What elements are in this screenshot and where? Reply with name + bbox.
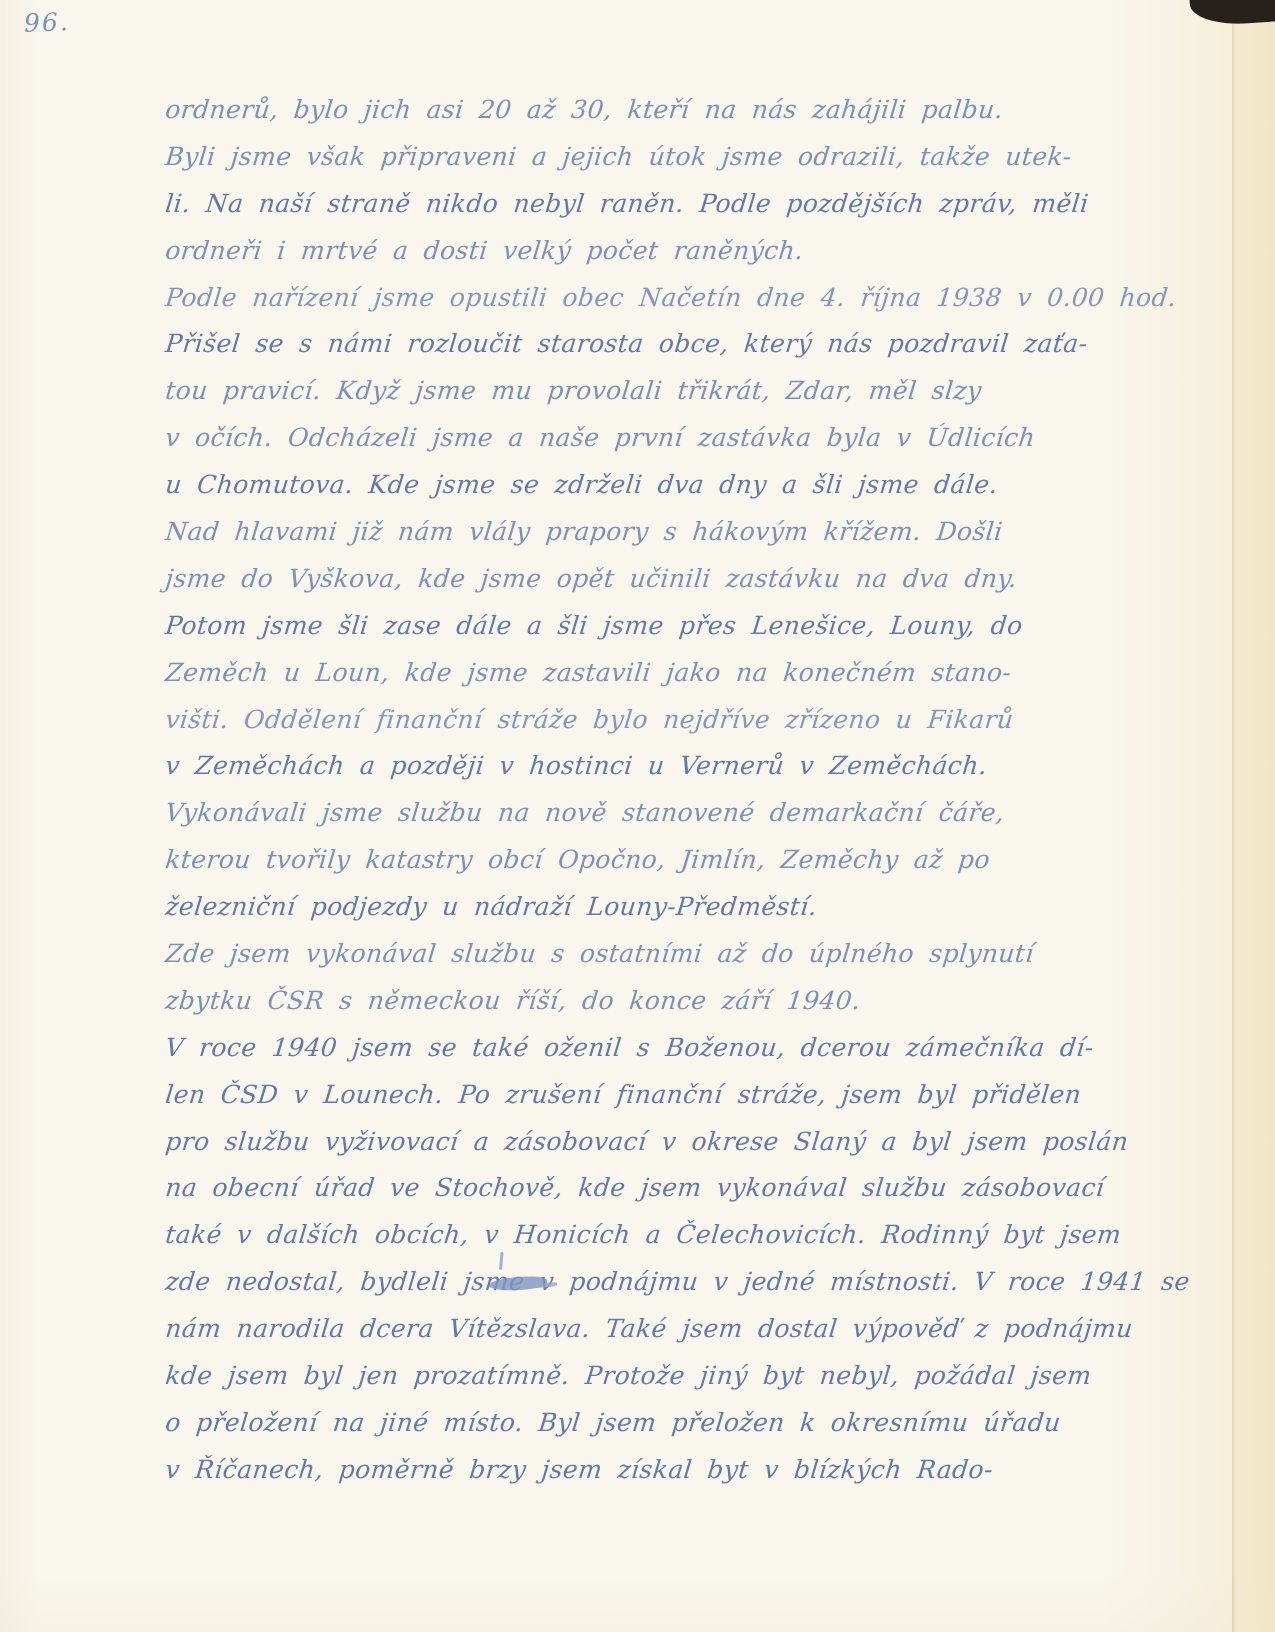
text-line: jsme do Vyškova, kde jsme opět učinili z…	[163, 555, 1153, 602]
text-line: v Zeměchách a později v hostinci u Verne…	[163, 742, 1153, 789]
text-line: ordnerů, bylo jich asi 20 až 30, kteří n…	[163, 86, 1153, 133]
text-line: kterou tvořily katastry obcí Opočno, Jim…	[163, 836, 1153, 883]
text-line: v očích. Odcházeli jsme a naše první zas…	[163, 414, 1153, 461]
text-line: Nad hlavami již nám vlály prapory s háko…	[163, 508, 1153, 555]
text-line: tou pravicí. Když jsme mu provolali třik…	[163, 367, 1153, 414]
text-line: pro službu vyživovací a zásobovací v okr…	[163, 1118, 1153, 1165]
text-line: Podle nařízení jsme opustili obec Načetí…	[163, 274, 1153, 321]
text-line: V roce 1940 jsem se také oženil s Boženo…	[163, 1024, 1153, 1071]
text-line: Přišel se s námi rozloučit starosta obce…	[163, 320, 1153, 367]
text-line: na obecní úřad ve Stochově, kde jsem vyk…	[163, 1164, 1153, 1211]
text-line: o přeložení na jiné místo. Byl jsem přel…	[163, 1399, 1153, 1446]
text-line: li. Na naší straně nikdo nebyl raněn. Po…	[163, 180, 1153, 227]
text-line: ordneři i mrtvé a dosti velký počet raně…	[163, 227, 1153, 274]
text-line: také v dalších obcích, v Honicích a Čele…	[163, 1211, 1153, 1258]
text-line: Zde jsem vykonával službu s ostatními až…	[163, 930, 1153, 977]
handwritten-text-block: ordnerů, bylo jich asi 20 až 30, kteří n…	[163, 86, 1148, 1493]
text-line: u Chomutova. Kde jsme se zdrželi dva dny…	[163, 461, 1153, 508]
text-line: Vykonávali jsme službu na nově stanovené…	[163, 789, 1153, 836]
text-line: v Říčanech, poměrně brzy jsem získal byt…	[163, 1446, 1153, 1493]
text-line: Potom jsme šli zase dále a šli jsme přes…	[163, 602, 1153, 649]
text-line: železniční podjezdy u nádraží Louny-Před…	[163, 883, 1153, 930]
text-line: Zeměch u Loun, kde jsme zastavili jako n…	[163, 649, 1153, 696]
page-number: 96.	[24, 7, 71, 38]
page-edge	[1232, 0, 1275, 1632]
text-line: višti. Oddělení finanční stráže bylo nej…	[163, 696, 1153, 743]
text-line: Byli jsme však připraveni a jejich útok …	[163, 133, 1153, 180]
text-line: kde jsem byl jen prozatímně. Protože jin…	[163, 1352, 1153, 1399]
text-line: zde nedostal, bydleli jsme v podnájmu v …	[163, 1258, 1153, 1305]
text-line: zbytku ČSR s německou říší, do konce zář…	[163, 977, 1153, 1024]
scanned-page: 96. ordnerů, bylo jich asi 20 až 30, kte…	[0, 0, 1275, 1632]
text-line: len ČSD v Lounech. Po zrušení finanční s…	[163, 1071, 1153, 1118]
text-line: nám narodila dcera Vítězslava. Také jsem…	[163, 1305, 1153, 1352]
